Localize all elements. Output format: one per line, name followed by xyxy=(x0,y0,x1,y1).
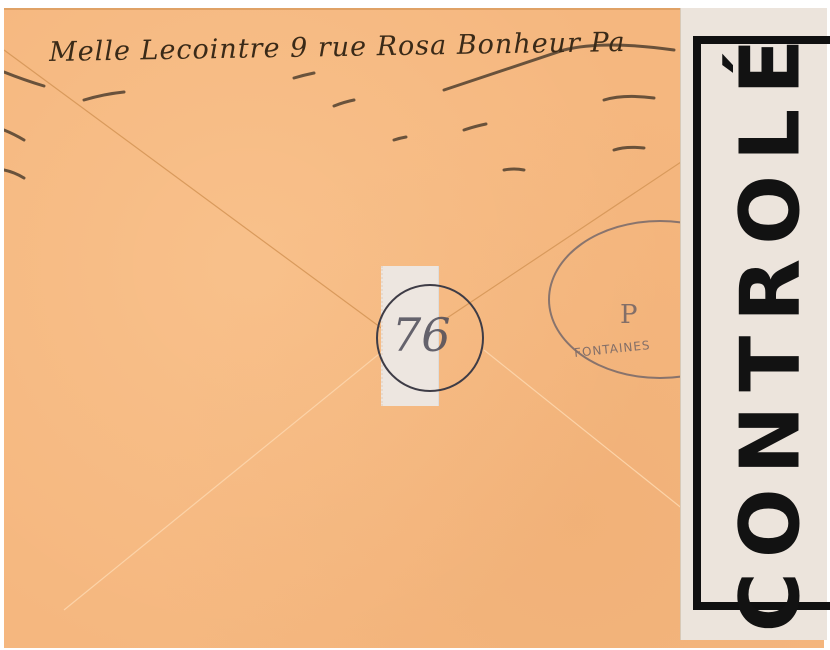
address-title: Melle xyxy=(49,36,131,68)
transit-circle-mark: 76 xyxy=(376,284,484,392)
controle-text: CONTROLÉ xyxy=(724,24,819,632)
censor-town: FONTAINES xyxy=(573,338,651,360)
censorship-label: CONTROLÉ xyxy=(680,8,827,640)
label-word-container: CONTROLÉ xyxy=(721,58,821,598)
transit-number: 76 xyxy=(392,308,451,362)
censor-letter: P xyxy=(620,300,638,330)
